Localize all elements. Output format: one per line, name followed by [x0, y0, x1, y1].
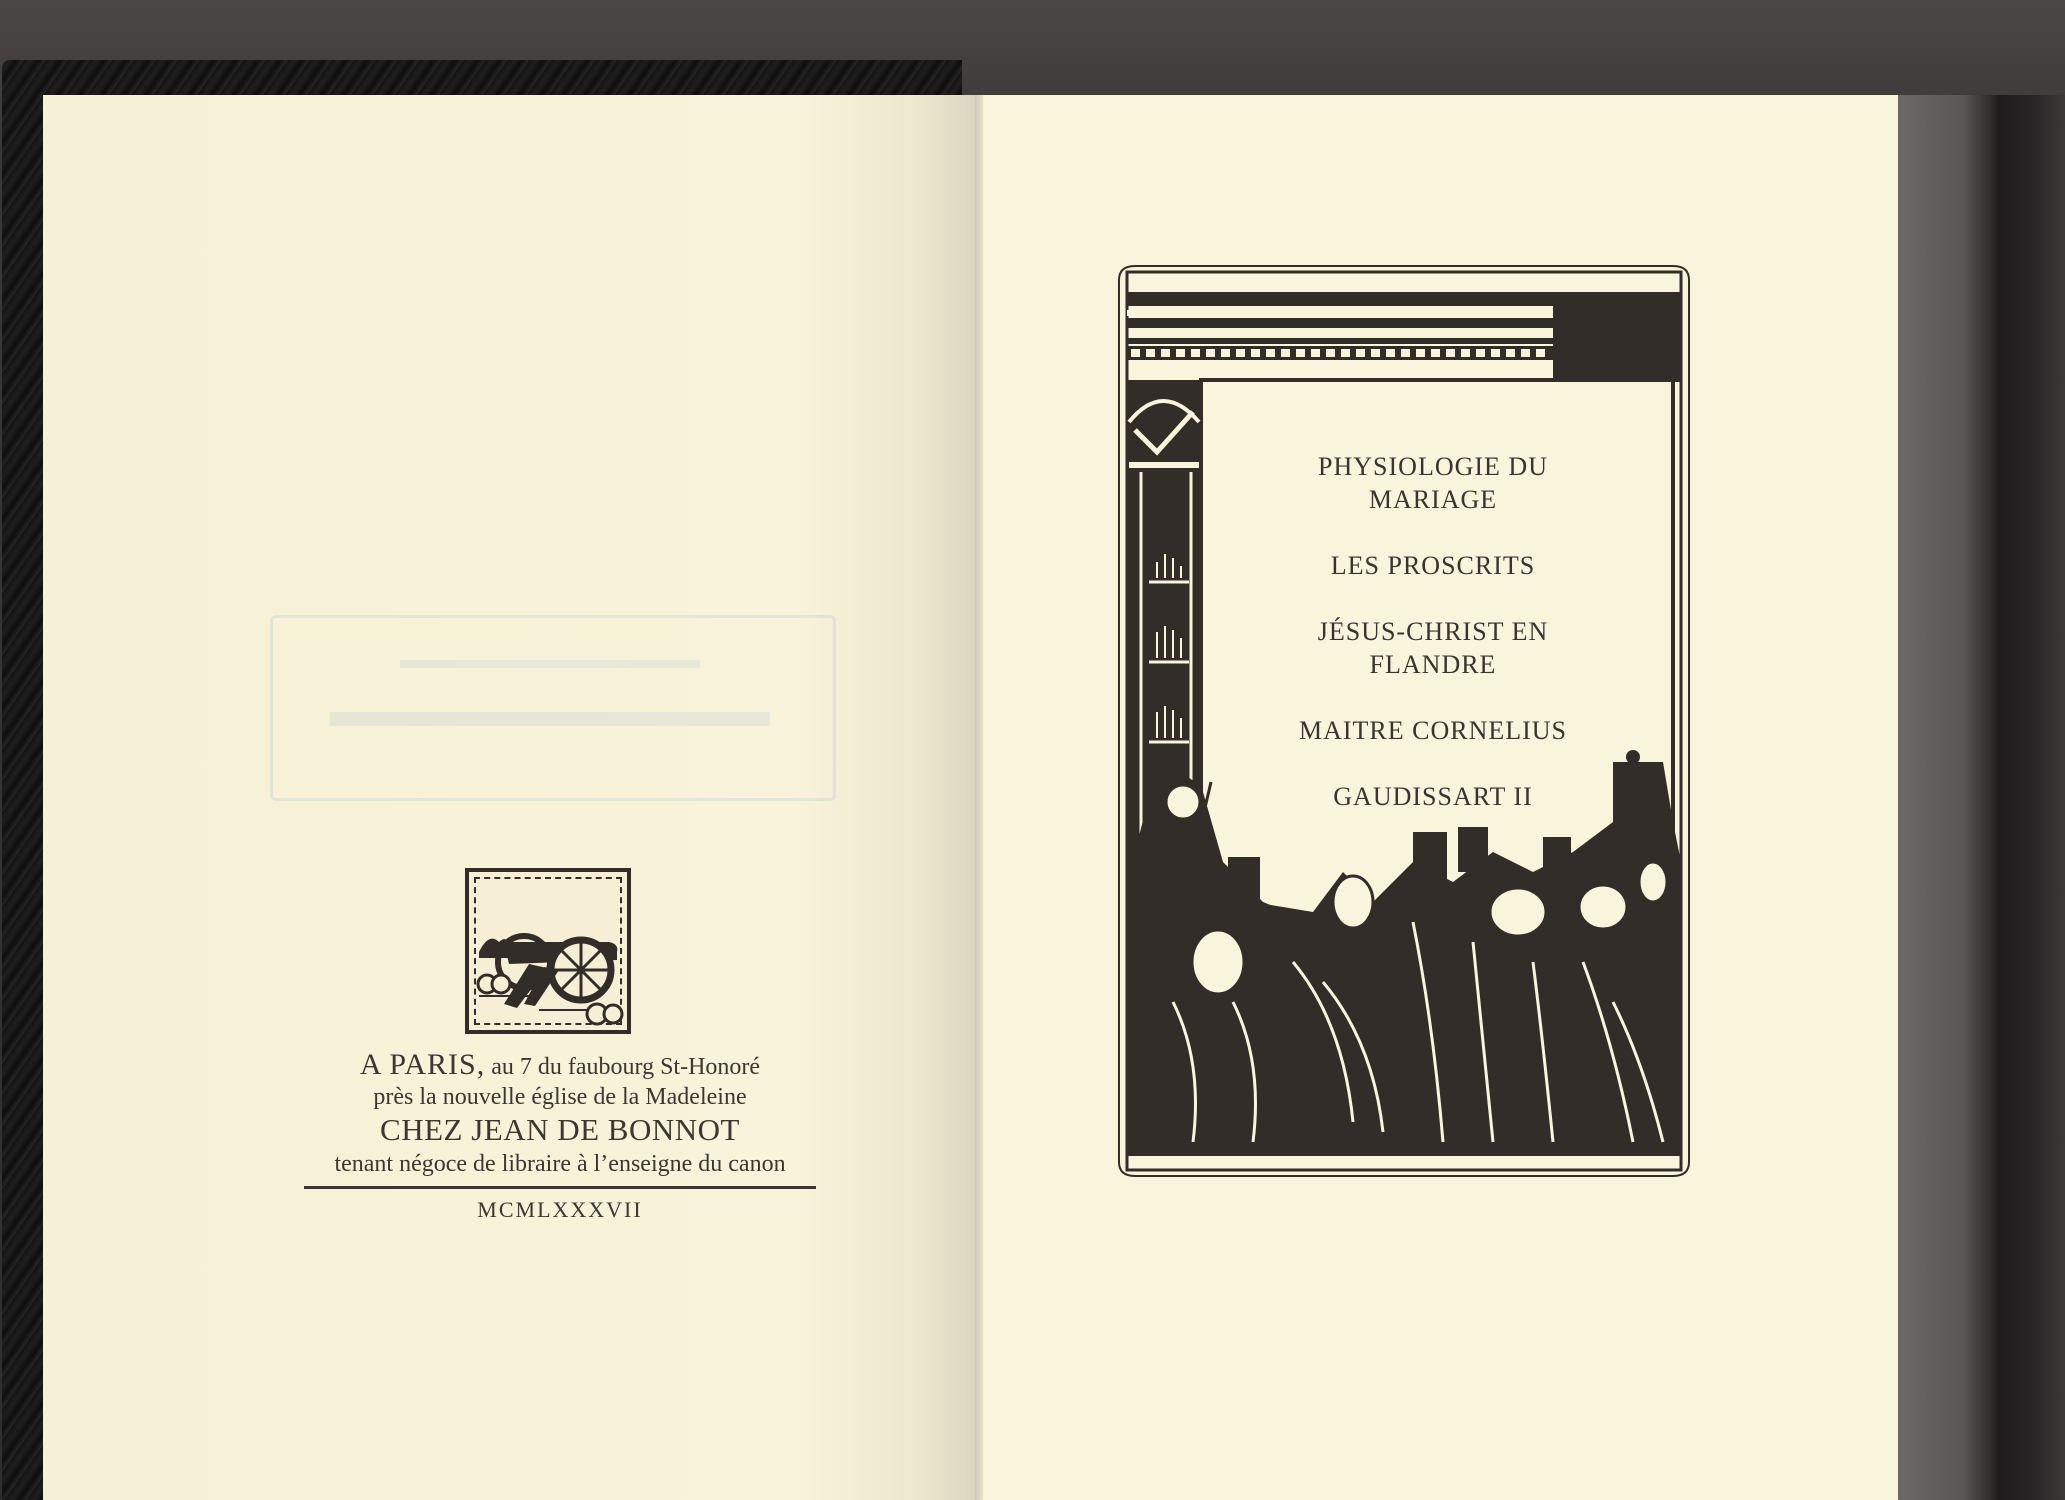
title-maitre-cornelius: MAITRE CORNELIUS — [1208, 714, 1658, 747]
publication-year: MCMLXXXVII — [300, 1197, 820, 1223]
colophon-street: au 7 du faubourg St-Honoré — [485, 1054, 760, 1080]
colophon-landmark: près la nouvelle église de la Madeleine — [300, 1082, 820, 1112]
bleed-through-line — [330, 712, 770, 726]
publisher-name: CHEZ JEAN DE BONNOT — [300, 1112, 820, 1148]
colophon-rule — [304, 1186, 816, 1189]
colophon-sign: tenant négoce de libraire à l’enseigne d… — [300, 1148, 820, 1180]
colophon: A PARIS, au 7 du faubourg St-Honoré près… — [300, 1050, 820, 1223]
title-les-proscrits: LES PROSCRITS — [1208, 549, 1658, 582]
bleed-through-frame — [270, 615, 836, 801]
bleed-through-line — [400, 660, 700, 668]
title-physiologie-du-mariage: PHYSIOLOGIE DU MARIAGE — [1208, 450, 1658, 516]
colophon-address: A PARIS, au 7 du faubourg St-Honoré — [300, 1050, 820, 1082]
book-cover-right-edge — [1895, 95, 2065, 1500]
title-gaudissart-ii: GAUDISSART II — [1208, 780, 1658, 813]
cannon-icon — [469, 872, 627, 1030]
contents-list: PHYSIOLOGIE DU MARIAGE LES PROSCRITS JÉS… — [1208, 450, 1658, 846]
colophon-city: A PARIS, — [360, 1048, 485, 1081]
cannon-emblem — [465, 868, 631, 1034]
title-jesus-christ-en-flandre: JÉSUS-CHRIST EN FLANDRE — [1208, 615, 1658, 681]
